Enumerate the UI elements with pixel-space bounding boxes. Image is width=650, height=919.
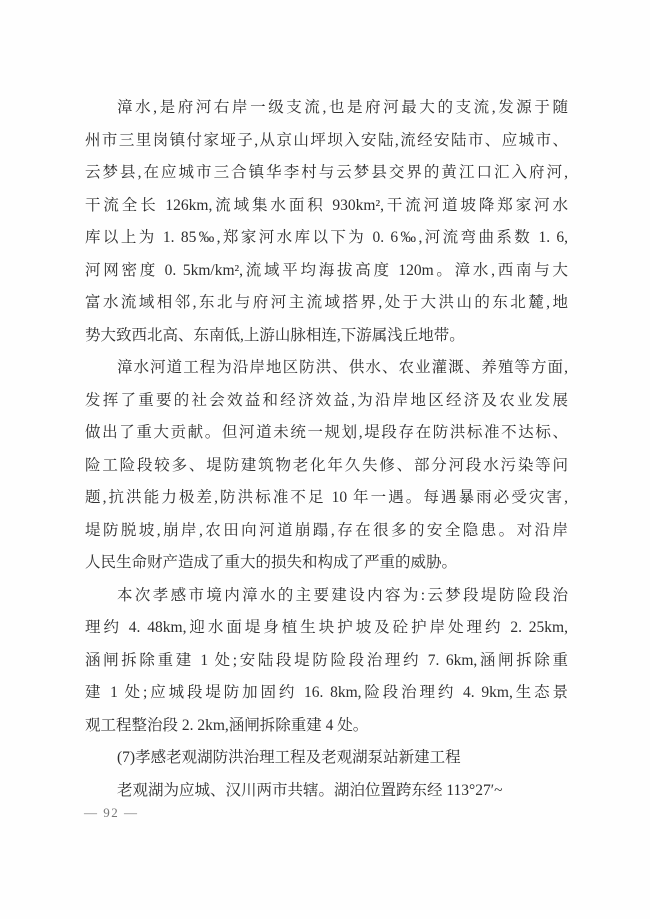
text-line: 做出了重大贡献。但河道未统一规划,堤段存在防洪标准不达标、 [85,417,568,450]
text-line: 堤防脱坡,崩岸,农田向河道崩蹋,存在很多的安全隐患。对沿岸 [85,515,568,548]
text-line: 漳水,是府河右岸一级支流,也是府河最大的支流,发源于随 [85,92,568,125]
text-line: 漳水河道工程为沿岸地区防洪、供水、农业灌溉、养殖等方面, [85,352,568,385]
text-line: 险工险段较多、堤防建筑物老化年久失修、部分河段水污染等问 [85,450,568,483]
text-line: 老观湖为应城、汉川两市共辖。湖泊位置跨东经 113°27′~ [85,775,568,808]
text-line: 发挥了重要的社会效益和经济效益,为沿岸地区经济及农业发展 [85,385,568,418]
section-heading: (7)孝感老观湖防洪治理工程及老观湖泵站新建工程 [85,742,568,775]
paragraph-1: 漳水,是府河右岸一级支流,也是府河最大的支流,发源于随 州市三里岗镇付家垭子,从… [85,92,568,352]
text-line: 题,抗洪能力极差,防洪标准不足 10 年一遇。每遇暴雨必受灾害, [85,482,568,515]
text-line: 云梦县,在应城市三合镇华李村与云梦县交界的黄江口汇入府河, [85,157,568,190]
text-line: 富水流域相邻,东北与府河主流域搭界,处于大洪山的东北麓,地 [85,287,568,320]
text-line: 势大致西北高、东南低,上游山脉相连,下游属浅丘地带。 [85,320,568,353]
text-line: 州市三里岗镇付家垭子,从京山坪坝入安陆,流经安陆市、应城市、 [85,125,568,158]
page-number: — 92 — [84,803,139,823]
text-line: 河网密度 0. 5km/km²,流域平均海拔高度 120m。漳水,西南与大 [85,255,568,288]
text-line: 观工程整治段 2. 2km,涵闸拆除重建 4 处。 [85,710,568,743]
paragraph-4: 老观湖为应城、汉川两市共辖。湖泊位置跨东经 113°27′~ [85,775,568,808]
text-line: 干流全长 126km,流域集水面积 930km²,干流河道坡降郑家河水 [85,190,568,223]
text-line: 建 1 处;应城段堤防加固约 16. 8km,险段治理约 4. 9km,生态景 [85,677,568,710]
paragraph-3: 本次孝感市境内漳水的主要建设内容为:云梦段堤防险段治 理约 4. 48km,迎水… [85,580,568,743]
document-page: 漳水,是府河右岸一级支流,也是府河最大的支流,发源于随 州市三里岗镇付家垭子,从… [0,0,650,919]
text-line: 本次孝感市境内漳水的主要建设内容为:云梦段堤防险段治 [85,580,568,613]
text-line: 人民生命财产造成了重大的损失和构成了严重的威胁。 [85,547,568,580]
text-line: 理约 4. 48km,迎水面堤身植生块护坡及砼护岸处理约 2. 25km, [85,612,568,645]
paragraph-2: 漳水河道工程为沿岸地区防洪、供水、农业灌溉、养殖等方面, 发挥了重要的社会效益和… [85,352,568,580]
text-line: 涵闸拆除重建 1 处;安陆段堤防险段治理约 7. 6km,涵闸拆除重 [85,645,568,678]
text-line: 库以上为 1. 85‰,郑家河水库以下为 0. 6‰,河流弯曲系数 1. 6, [85,222,568,255]
document-content: 漳水,是府河右岸一级支流,也是府河最大的支流,发源于随 州市三里岗镇付家垭子,从… [85,92,568,807]
